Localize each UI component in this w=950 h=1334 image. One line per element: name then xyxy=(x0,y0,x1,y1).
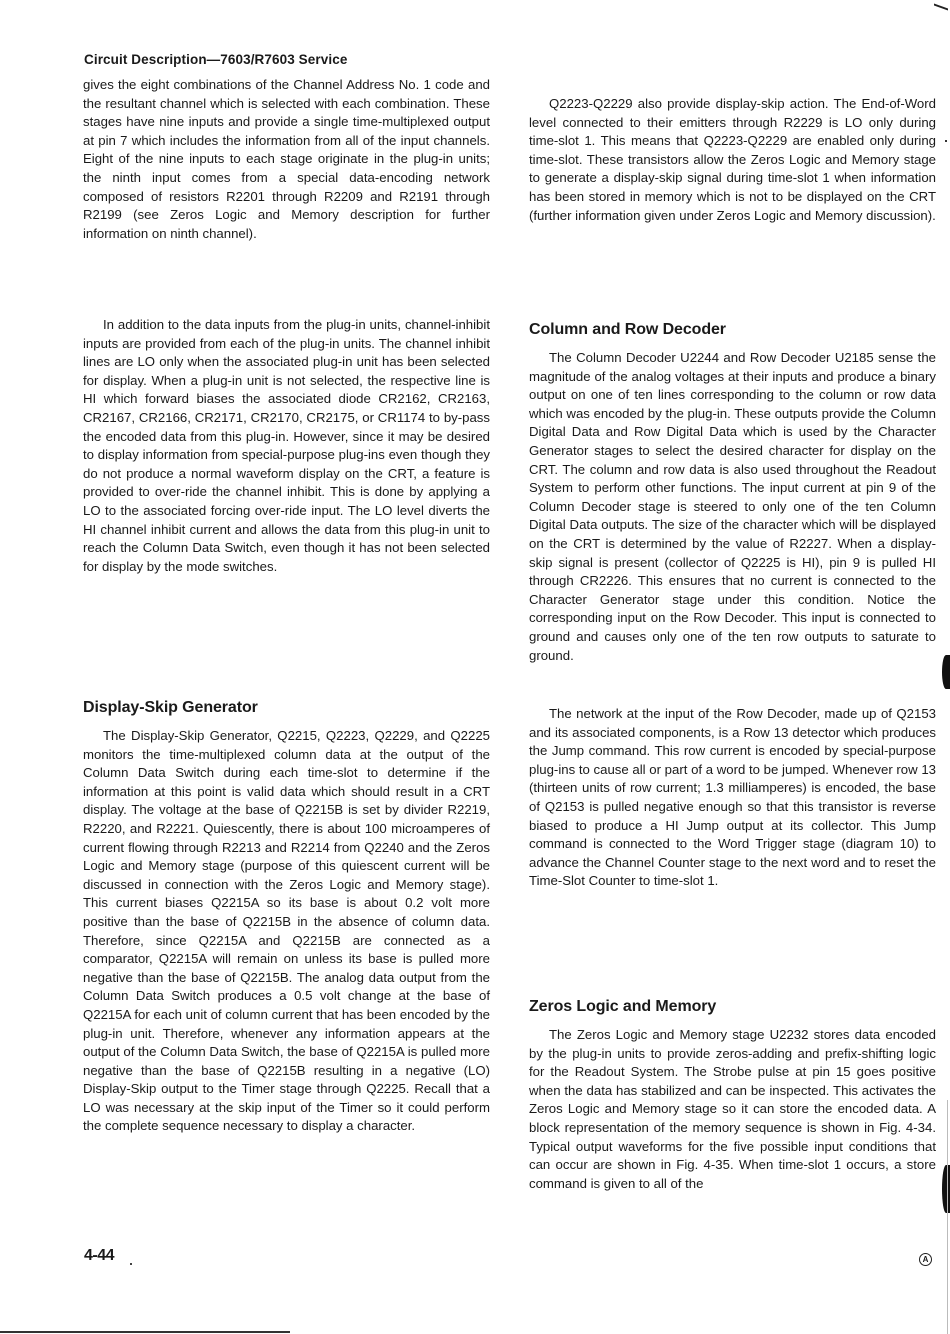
paragraph-channel-inhibit: In addition to the data inputs from the … xyxy=(83,316,490,576)
right-column: Q2223-Q2229 also provide display-skip ac… xyxy=(529,95,936,1235)
page-number: 4-44 xyxy=(84,1247,114,1265)
scan-corner-mark xyxy=(934,0,948,11)
section-heading-display-skip: Display-Skip Generator xyxy=(83,698,490,718)
paragraph-channel-address: gives the eight combinations of the Chan… xyxy=(83,76,490,243)
page-edge-line xyxy=(947,1100,948,1334)
section-display-skip-generator: Display-Skip Generator The Display-Skip … xyxy=(83,698,490,1136)
paragraph-row13-detector: The network at the input of the Row Deco… xyxy=(529,705,936,891)
change-bar-mark xyxy=(942,1165,950,1213)
paragraph-display-skip: The Display-Skip Generator, Q2215, Q2223… xyxy=(83,727,490,1136)
scan-speck xyxy=(130,1263,132,1265)
section-heading-zeros-logic: Zeros Logic and Memory xyxy=(529,997,936,1017)
paragraph-display-skip-action: Q2223-Q2229 also provide display-skip ac… xyxy=(529,95,936,225)
section-heading-decoder: Column and Row Decoder xyxy=(529,320,936,340)
revision-mark: A xyxy=(919,1253,932,1266)
running-head: Circuit Description—7603/R7603 Service xyxy=(84,52,347,67)
section-column-row-decoder: Column and Row Decoder The Column Decode… xyxy=(529,320,936,891)
left-column: gives the eight combinations of the Chan… xyxy=(83,76,490,1216)
scan-bottom-rule xyxy=(0,1331,290,1333)
paragraph-zeros-logic: The Zeros Logic and Memory stage U2232 s… xyxy=(529,1026,936,1193)
paragraph-decoder-main: The Column Decoder U2244 and Row Decoder… xyxy=(529,349,936,665)
section-zeros-logic-memory: Zeros Logic and Memory The Zeros Logic a… xyxy=(529,997,936,1193)
scan-speck xyxy=(945,140,947,142)
change-bar-mark xyxy=(942,655,950,689)
